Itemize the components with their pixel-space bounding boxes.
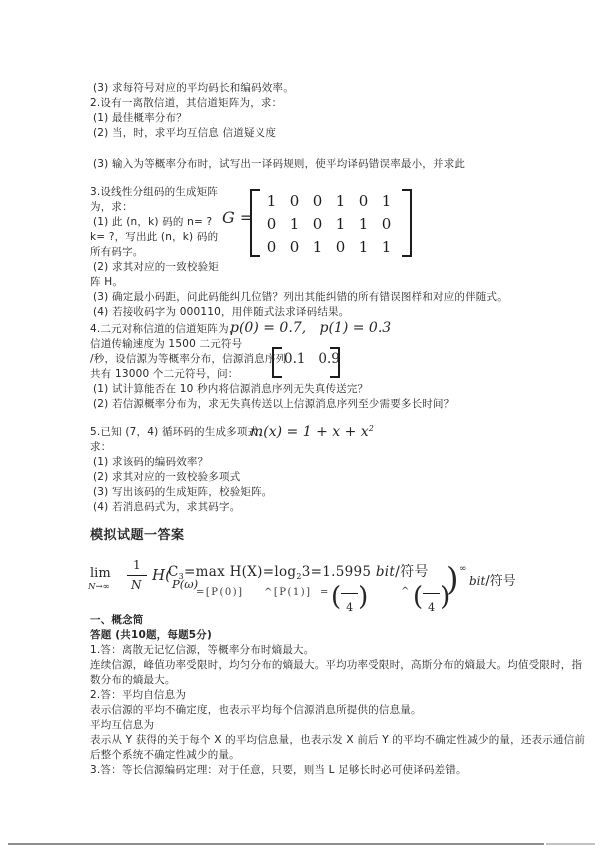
formula-fragment: ^[P(1)] [264,587,312,598]
quarter-fraction: (4) [331,584,368,621]
question-line: 所有码字。 [90,246,144,259]
question-line: 共有 13000 个二元符号，问： [90,368,238,381]
question-line: 求： [90,441,111,454]
answer-line: 1.答：离散无记忆信源，等概率分布时熵最大。 [90,644,314,657]
question-line: (3) 写出该码的生成矩阵，校验矩阵。 [93,486,273,499]
question-line: (4) 若消息码式为，求其码字。 [93,501,240,514]
section-heading: 答题 (共10题，每题5分) [90,629,212,642]
answer-line: 后整个系统不确定性减少的量。 [90,749,240,762]
question-line: 2.设有一离散信道，其信道矩阵为，求： [90,97,282,110]
question-line: (3) 确定最小码距，问此码能纠几位错？列出其能纠错的所有错误图样和对应的伴随式… [93,291,508,304]
question-line: 5.已知 (7，4) 循环码的生成多项式， [90,426,269,439]
question-line: 阵 H。 [90,276,123,289]
matrix-bracket-right [330,347,340,378]
quarter-fraction: (4) [413,584,450,621]
answer-line: 连续信源，峰值功率受限时，均匀分布的熵最大。平均功率受限时，高斯分布的熵最大。均… [90,659,582,672]
question-line: (1) 此 (n，k) 码的 n= ? [93,216,212,229]
infinity-superscript: ∞ [459,564,467,574]
answer-line: 3.答：等长信源编码定理：对于任意，只要，则当 L 足够长时必可使译码差错。 [90,764,467,777]
question-line: (2) 若信源概率分布为，求无失真传送以上信源消息序列至少需要多长时间？ [93,398,454,411]
question-line: /秒，设信源为等概率分布，信源消息序列 [90,353,286,366]
formula-fragment: = [320,587,330,598]
closing-paren: ) [446,566,458,592]
answer-line: 数分布的熵最大。 [90,674,176,687]
question-line: (1) 试计算能否在 10 秒内将信源消息序列无失真传送完？ [93,383,368,396]
question-line: (2) 求其对应的一致校验多项式 [93,471,240,484]
page-bottom-rule [8,843,544,845]
matrix-bracket-left [272,347,282,378]
document-page: (3) 求每符号对应的平均码长和编码效率。 2.设有一离散信道，其信道矩阵为，求… [0,0,600,851]
page-bottom-rule-light [546,843,595,845]
answer-line: 平均互信息为 [90,719,154,732]
fraction-bar [127,575,147,576]
question-line: (2) 求其对应的一致校验矩 [93,261,219,274]
lim-subscript: N→∞ [88,582,110,592]
matrix-bracket-left [250,189,260,257]
question-line: (2) 当，时，求平均互信息 信道疑义度 [93,127,276,140]
question-line: (3) 输入为等概率分布时，试写出一译码规则，使平均译码错误率最小，并求此 [93,158,465,171]
lim-operator: lim [90,566,111,581]
answer-line: 表示从 Y 获得的关于每个 X 的平均信息量，也表示发 X 前后 Y 的平均不确… [90,734,585,747]
channel-probability-formula: p(0) = 0.7, p(1) = 0.3 [230,320,391,336]
answer-line: 2.答：平均自信息为 [90,689,186,702]
formula-fragment: =[P(0)] [196,587,244,598]
capacity-formula: C3=max H(X)=log23=1.5995 bit/符号 [168,561,429,581]
limit-entropy-formula: lim N→∞ 1 N H( P(ω) C3=max H(X)=log23=1.… [88,558,548,616]
bit-per-symbol-unit: bit/符号 [469,570,516,589]
question-line: 4.二元对称信道的信道矩阵为， [90,323,240,336]
question-line: 为，求： [90,201,133,214]
matrix-bracket-right [402,189,412,257]
section-heading: 一、概念简 [90,614,144,627]
question-line: (3) 求每符号对应的平均码长和编码效率。 [93,82,294,95]
question-line: (4) 若接收码字为 000110，用伴随式法求译码结果。 [93,306,349,319]
generator-matrix: 100101 010110 001011 [260,190,398,259]
generator-matrix-label: G = [222,208,253,227]
generator-polynomial-formula: m(x) = 1 + x + x2 [250,424,374,440]
question-line: (1) 求该码的编码效率？ [93,456,208,469]
answers-heading: 模拟试题一答案 [90,529,185,542]
answer-line: 表示信源的平均不确定度，也表示平均每个信源消息所提供的信息量。 [90,704,422,717]
question-line: 3.设线性分组码的生成矩阵 [90,186,218,199]
question-line: 信道传输速度为 1500 二元符号 [90,338,242,351]
question-line: k= ?，写出此 (n，k) 码的 [90,231,218,244]
question-line: (1) 最佳概率分布？ [93,112,187,125]
